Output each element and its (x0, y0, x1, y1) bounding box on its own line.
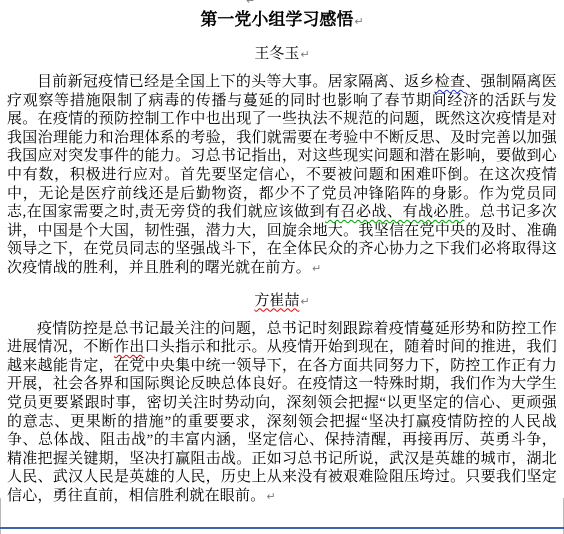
author-line-1: 王冬玉↵ (0, 45, 564, 64)
body-paragraph-1: 目前新冠疫情已经是全国上下的头等大事。居家隔离、返乡检查、强制隔离医疗观察等措施… (7, 73, 557, 279)
paragraph-mark-top: ↵ (246, 0, 255, 7)
body-paragraph-2: 疫情防控是总书记最关注的问题，总书记时刻跟踪着疫情蔓延形势和防控工作进展情况，不… (7, 320, 557, 507)
document-sections: 王冬玉↵目前新冠疫情已经是全国上下的头等大事。居家隔离、返乡检查、强制隔离医疗观… (0, 45, 564, 506)
text-run-red-wavy: 作出 (114, 339, 145, 355)
text-run-blue-wavy: 检查 (435, 74, 466, 90)
text-run: 、强制隔离医疗观察等措施限制了病毒的传播与蔓延的同时也影响了春节期间经济的活跃与… (7, 74, 557, 220)
author-line-2: 方崔喆↵ (0, 292, 564, 311)
paragraph-mark-icon: ↵ (300, 295, 309, 308)
paragraph-mark-icon: ↵ (300, 48, 309, 61)
text-run: 口头指示和批示。从疫情开始到现在，随着时间的推进，我们越来越能肯定，在党中央集中… (7, 339, 557, 504)
paragraph-mark-icon: ↵ (266, 490, 275, 503)
document-title-text: 第一党小组学习感悟 (200, 10, 353, 29)
text-run: 目前新冠疫情已经是全国上下的头等大事。居家隔离、返乡 (37, 74, 435, 90)
document-page[interactable]: ↵ 第一党小组学习感悟↵ 王冬玉↵目前新冠疫情已经是全国上下的头等大事。居家隔离… (0, 0, 564, 534)
document-title: 第一党小组学习感悟↵ (8, 9, 556, 32)
author-name: 王冬玉 (254, 46, 299, 62)
paragraph-mark-icon: ↵ (312, 262, 321, 275)
window-edge-bottom (0, 527, 564, 529)
paragraph-mark-icon: ↵ (354, 15, 363, 28)
author-name: 方崔喆 (254, 293, 299, 309)
text-run-green-wavy: 有召必战、有战必胜 (325, 204, 464, 220)
